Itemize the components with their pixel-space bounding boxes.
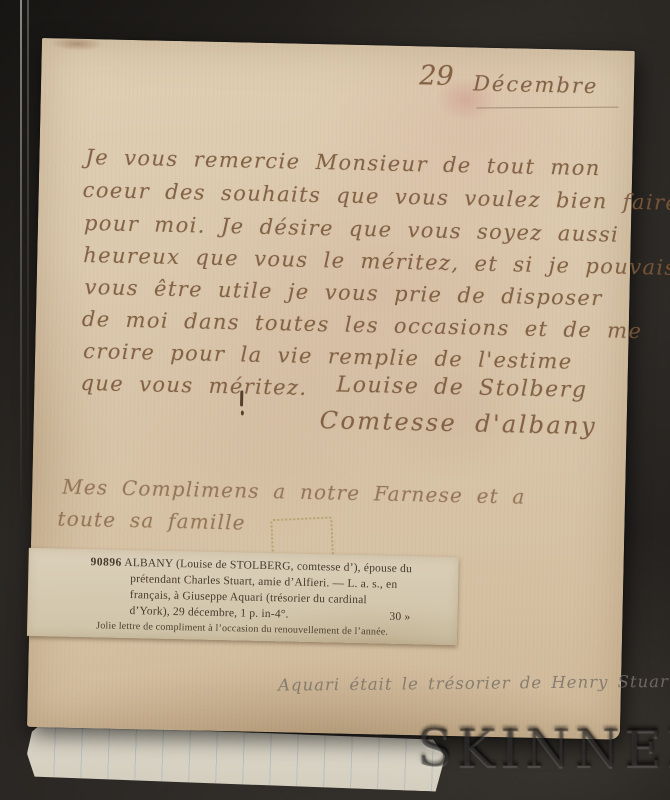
top-edge-stain [50,36,104,51]
signature-name: Louise de Stolberg [336,373,588,403]
letter-line-7: croire pour la vie remplie de l'estime [83,339,573,374]
clipping-line-3: français, à Giuseppe Aquari (trésorier d… [130,589,367,606]
handwritten-date-month: Décembre [473,71,599,98]
clipping-price: 30 » [389,611,410,623]
clipping-line-4: d’York), 29 décembre, 1 p. in-4°. [129,605,288,620]
postscript-line-2: toute sa famille [57,506,246,534]
sleeve-edge-highlight-2 [27,0,29,480]
letter-line-8: que vous méritez. [80,371,308,400]
postscript-line-1: Mes Complimens a notre Farnese et a [62,475,526,509]
letter-line-5: vous être utile je vous prie de disposer [84,275,603,310]
clipping-lot-number: 90896 [90,556,122,569]
letter-line-4: heureux que vous le méritez, et si je po… [83,243,670,280]
letter-line-3: pour moi. Je désire que vous soyez aussi [84,211,620,247]
letter-line-1: Je vous remercie Monsieur de tout mon [85,145,601,180]
pencil-annotation: Aquari était le trésorier de Henry Stuar… [278,672,670,695]
catalog-clipping: 90896 ALBANY (Louise de STOLBERG, comtes… [27,548,459,645]
letter-line-6: de moi dans toutes les occasions et de m… [82,307,643,343]
signature-title: Comtesse d'albany [319,406,597,440]
clipping-line-2: prétendant Charles Stuart, amie d’Alfier… [130,573,397,591]
letter-line-2: coeur des souhaits que vous voulez bien … [82,178,670,215]
letter-paper: 29 Décembre Je vous remercie Monsieur de… [27,38,635,740]
photo-background: 29 Décembre Je vous remercie Monsieur de… [0,0,670,800]
date-underline [477,107,619,109]
ink-blot-dot [241,410,244,415]
clipping-line-1: ALBANY (Louise de STOLBERG, comtesse d’)… [124,557,412,575]
sleeve-edge-highlight [20,0,22,520]
ink-blot [240,390,243,406]
handwritten-date-day: 29 [419,60,454,92]
